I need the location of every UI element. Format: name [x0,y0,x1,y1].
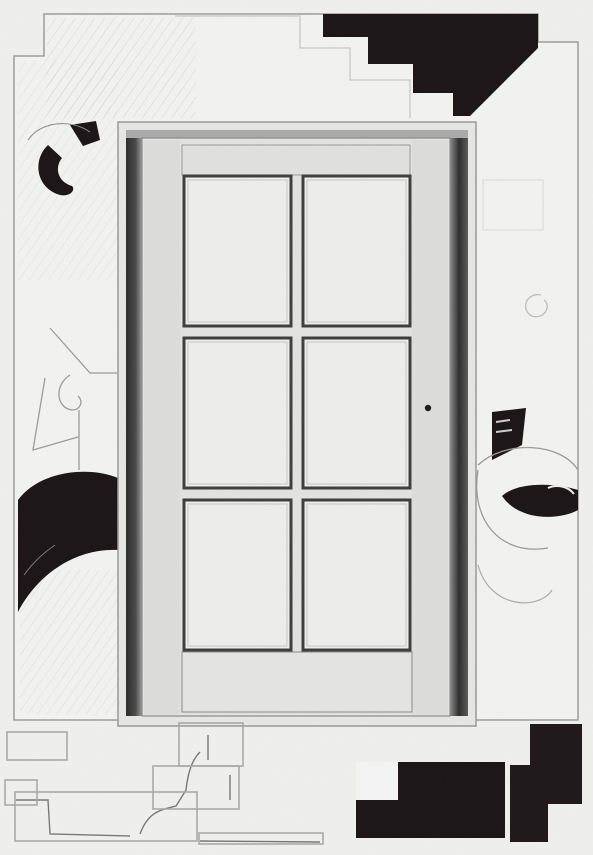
door-pane [303,338,410,488]
overlay-box [7,732,67,760]
door [142,138,450,716]
overlay-box [179,723,243,766]
door-pane [184,500,291,650]
artwork-image [0,0,593,855]
artwork-canvas: Painted relief of a six-panel glazed doo… [0,0,593,855]
door-pane [184,338,291,488]
door-pane [303,176,410,326]
overlay-box [153,766,239,809]
door-knob-icon [425,405,431,411]
overlay-boxes [5,723,323,844]
door-pane [303,500,410,650]
base-sketch [16,735,320,842]
door-pane [184,176,291,326]
stepped-black-block-bottom-right [356,724,582,842]
